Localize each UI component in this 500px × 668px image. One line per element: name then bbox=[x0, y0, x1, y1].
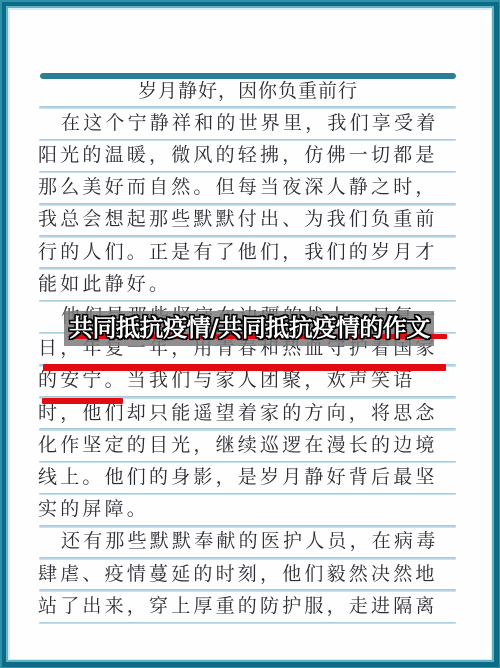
essay-line: 化作坚定的目光，继续巡逻在漫长的边境 bbox=[38, 430, 468, 462]
essay-line: 线上。他们的身影，是岁月静好背后最坚 bbox=[38, 462, 468, 494]
red-underline-short bbox=[42, 398, 123, 404]
essay-line: 行的人们。正是有了他们，我们的岁月才 bbox=[38, 236, 468, 268]
essay-line: 还有那些默默奉献的医护人员，在病毒 bbox=[38, 526, 468, 558]
content-layer: 岁月静好，因你负重前行 在这个宁静祥和的世界里，我们享受着阳光的温暖，微风的轻拂… bbox=[0, 0, 500, 668]
essay-image: 岁月静好，因你负重前行 在这个宁静祥和的世界里，我们享受着阳光的温暖，微风的轻拂… bbox=[0, 0, 500, 668]
essay-line: 实的屏障。 bbox=[38, 494, 468, 526]
essay-line: 肆虐、疫情蔓延的时刻，他们毅然决然地 bbox=[38, 558, 468, 590]
overlay-title-label: 共同抵抗疫情/共同抵抗疫情的作文 bbox=[69, 311, 469, 346]
essay-line: 阳光的温暖，微风的轻拂，仿佛一切都是 bbox=[38, 140, 468, 172]
essay-line: 站了出来，穿上厚重的防护服，走进隔离 bbox=[38, 591, 468, 623]
red-underline-full bbox=[43, 364, 446, 371]
essay-title: 岁月静好，因你负重前行 bbox=[38, 76, 458, 108]
essay-line: 在这个宁静祥和的世界里，我们享受着 bbox=[38, 108, 468, 140]
essay-line: 我总会想起那些默默付出、为我们负重前 bbox=[38, 204, 468, 236]
essay-line: 能如此静好。 bbox=[38, 269, 468, 301]
essay-line: 那么美好而自然。但每当夜深人静之时， bbox=[38, 172, 468, 204]
